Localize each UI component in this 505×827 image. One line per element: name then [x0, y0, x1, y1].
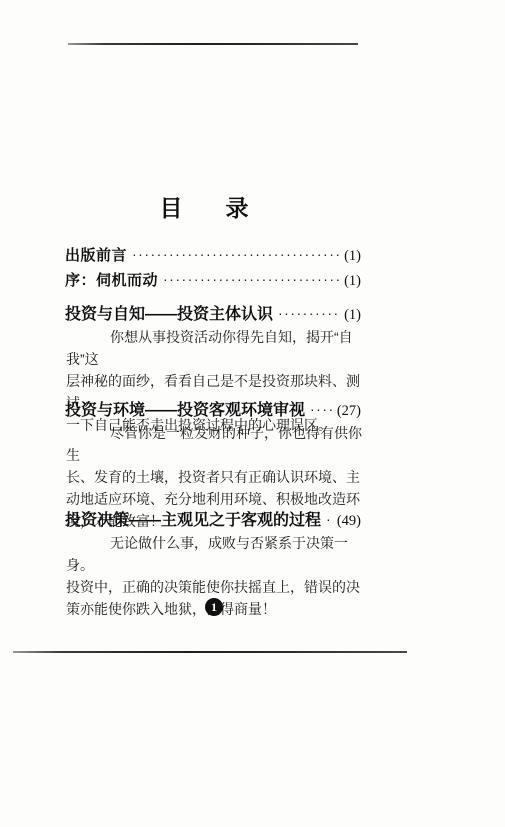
- toc-entry-page-number: (1): [344, 306, 361, 324]
- dot-leader: ········································…: [326, 510, 333, 528]
- toc-entry-title: 投资与自知——投资主体认识: [65, 306, 273, 324]
- toc-entry-preface: 出版前言 ···································…: [65, 246, 361, 265]
- dot-leader: ········································…: [132, 245, 340, 263]
- page-title: 目 录: [0, 190, 418, 223]
- toc-entry-chapter-1: 投资与自知——投资主体认识 ··························…: [65, 305, 361, 324]
- toc-entry-title: 投资决策——主观见之于客观的过程: [65, 512, 321, 530]
- toc-entry-title: 投资与环境——投资客观环境审视: [65, 402, 305, 420]
- top-rule-divider: [68, 43, 358, 45]
- scanned-toc-page: 目 录 出版前言 ·······························…: [0, 0, 505, 827]
- toc-entry-page-number: (27): [337, 402, 361, 420]
- toc-entry-page-number: (1): [344, 272, 361, 290]
- toc-entry-chapter-2: 投资与环境——投资客观环境审视 ························…: [65, 401, 361, 420]
- bottom-rule-divider: [13, 651, 407, 653]
- toc-entry-title: 出版前言: [65, 247, 127, 265]
- toc-entry-foreword: 序：伺机而动 ·································…: [65, 271, 361, 290]
- toc-entry-chapter-3: 投资决策——主观见之于客观的过程 ·······················…: [65, 511, 361, 530]
- toc-entry-page-number: (49): [337, 512, 361, 530]
- toc-entry-title: 序：伺机而动: [65, 272, 158, 290]
- dot-leader: ········································…: [310, 400, 333, 418]
- dot-leader: ········································…: [278, 304, 340, 322]
- folio-page-number: 1: [205, 598, 223, 616]
- dot-leader: ········································…: [163, 270, 340, 288]
- toc-entry-page-number: (1): [344, 247, 361, 265]
